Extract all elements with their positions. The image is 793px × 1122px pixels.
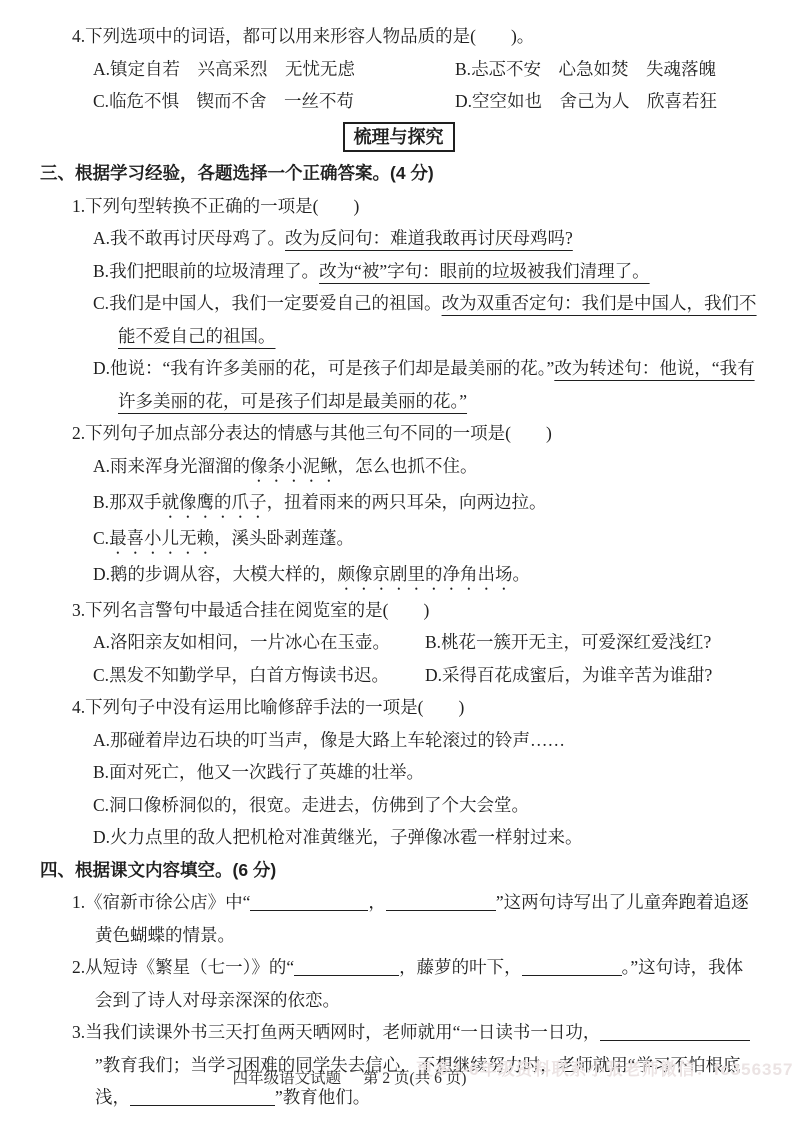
option-label: A.: [93, 730, 110, 750]
option: B.我们把眼前的垃圾清理了。改为“被”字句：眼前的垃圾被我们清理了。: [93, 255, 757, 288]
option-text: 那双手: [109, 492, 162, 512]
option: B.忐忑不安 心急如焚 失魂落魄: [455, 53, 757, 86]
footer-doc-title: 四年级语文试题: [233, 1070, 342, 1087]
question-stem: 1.下列句型转换不正确的一项是( ): [72, 190, 757, 223]
option-text: ，溪头卧剥莲蓬。: [214, 528, 354, 548]
option-text: 桃花一簇开无主，可爱深红爱浅红?: [441, 632, 711, 652]
option-label: A.: [93, 456, 110, 476]
option-text: 他说：“我有许多美丽的花，可是孩子们却是最美丽的花。”: [110, 358, 554, 378]
option-label: B.: [93, 492, 109, 512]
option-label: C.: [93, 293, 109, 313]
question-text: ，: [368, 892, 386, 912]
option-text: 火力点里的敌人把机枪对准黄继光，子弹像冰雹一样射过来。: [110, 827, 583, 847]
option-label: A.: [93, 632, 110, 652]
option: B.面对死亡，他又一次践行了英雄的壮举。: [93, 756, 757, 789]
option-label: D.: [425, 665, 442, 685]
question-text: 3.当我们读课外书三天打鱼两天晒网时，老师就用“一日读书一日功，: [72, 1022, 600, 1042]
option: A.我不敢再讨厌母鸡了。改为反问句：难道我敢再讨厌母鸡吗?: [93, 222, 757, 255]
option-emphasized-text: 像条小泥鳅: [250, 456, 338, 476]
option-text: 镇定自若 兴高采烈 无忧无虑: [110, 59, 355, 79]
option-label: C.: [93, 528, 109, 548]
option-label: B.: [425, 632, 441, 652]
option-underlined-text: 改为反问句：难道我敢再讨厌母鸡吗?: [285, 228, 573, 248]
section-divider: 梳理与探究: [40, 121, 757, 154]
option-row: A.镇定自若 兴高采烈 无忧无虑 B.忐忑不安 心急如焚 失魂落魄: [93, 53, 757, 86]
option-text: 采得百花成蜜后，为谁辛苦为谁甜?: [442, 665, 712, 685]
option-text: 雨来浑身光溜溜的: [110, 456, 250, 476]
option-text: 。: [513, 564, 531, 584]
option-label: A.: [93, 59, 110, 79]
option: A.雨来浑身光溜溜的像条小泥鳅，怎么也抓不住。: [93, 450, 757, 486]
option: B.桃花一簇开无主，可爱深红爱浅红?: [425, 626, 757, 659]
option: A.那碰着岸边石块的叮当声，像是大路上车轮滚过的铃声……: [93, 724, 757, 757]
option: C.我们是中国人，我们一定要爱自己的祖国。改为双重否定句：我们是中国人，我们不能…: [93, 287, 757, 352]
option: C.黑发不知勤学早，白首方悔读书迟。: [93, 659, 425, 692]
option-label: D.: [93, 358, 110, 378]
option-underlined-text: 改为“被”字句：眼前的垃圾被我们清理了。: [319, 261, 650, 281]
option-text: 我不敢再讨厌母鸡了。: [110, 228, 285, 248]
option: D.空空如也 舍己为人 欣喜若狂: [455, 85, 757, 118]
blank-line: [386, 893, 496, 912]
option-text: 洞口像桥洞似的，很宽。走进去，仿佛到了个大会堂。: [109, 795, 529, 815]
footer-page-number: 第 2 页(共 6 页): [363, 1070, 466, 1087]
option-label: B.: [93, 762, 109, 782]
question-text: 2.从短诗《繁星（七一）》的“: [72, 957, 294, 977]
option-emphasized-text: 颇像京剧里的净角出场: [338, 564, 513, 584]
blank-line: [522, 958, 622, 977]
option: C.临危不惧 锲而不舍 一丝不苟: [93, 85, 455, 118]
question-text: ，藤萝的叶下，: [399, 957, 522, 977]
option-row: C.黑发不知勤学早，白首方悔读书迟。 D.采得百花成蜜后，为谁辛苦为谁甜?: [93, 659, 757, 692]
option-text: ，怎么也抓不住。: [338, 456, 478, 476]
fill-in-question: 1.《宿新市徐公店》中“，”这两句诗写出了儿童奔跑着追逐黄色蝴蝶的情景。: [72, 886, 757, 951]
option-text: 临危不惧 锲而不舍 一丝不苟: [109, 91, 354, 111]
option-text: ，扭着雨来的两只耳朵，向两边拉。: [267, 492, 547, 512]
option-text: 空空如也 舍己为人 欣喜若狂: [472, 91, 717, 111]
option-text: 洛阳亲友如相问，一片冰心在玉壶。: [110, 632, 390, 652]
option-label: D.: [93, 827, 110, 847]
option-text: 我们是中国人，我们一定要爱自己的祖国。: [109, 293, 442, 313]
option-label: B.: [93, 261, 109, 281]
section-three-heading: 三、根据学习经验，各题选择一个正确答案。(4 分): [40, 157, 757, 190]
option: D.鹅的步调从容，大模大样的，颇像京剧里的净角出场。: [93, 558, 757, 594]
option-text: 鹅的步调从容，大模大样的，: [110, 564, 338, 584]
option: C.洞口像桥洞似的，很宽。走进去，仿佛到了个大会堂。: [93, 789, 757, 822]
option-label: C.: [93, 91, 109, 111]
option-label: D.: [455, 91, 472, 111]
page-footer: 四年级语文试题 第 2 页(共 6 页): [0, 1064, 746, 1094]
option: B.那双手就像鹰的爪子，扭着雨来的两只耳朵，向两边拉。: [93, 486, 757, 522]
option: C.最喜小儿无赖，溪头卧剥莲蓬。: [93, 522, 757, 558]
option-label: D.: [93, 564, 110, 584]
page-content: 4.下列选项中的词语，都可以用来形容人物品质的是( )。 A.镇定自若 兴高采烈…: [0, 0, 793, 1114]
section-four-heading: 四、根据课文内容填空。(6 分): [40, 854, 757, 887]
blank-line: [250, 893, 368, 912]
option-text: 黑发不知勤学早，白首方悔读书迟。: [109, 665, 389, 685]
question-stem: 4.下列句子中没有运用比喻修辞手法的一项是( ): [72, 691, 757, 724]
option: A.洛阳亲友如相问，一片冰心在玉壶。: [93, 626, 425, 659]
question-text: 1.《宿新市徐公店》中“: [72, 892, 250, 912]
option-emphasized-text: 就像鹰的爪子: [162, 492, 267, 512]
option-row: A.洛阳亲友如相问，一片冰心在玉壶。 B.桃花一簇开无主，可爱深红爱浅红?: [93, 626, 757, 659]
fill-in-question: 2.从短诗《繁星（七一）》的“，藤萝的叶下，。”这句诗，我体会到了诗人对母亲深深…: [72, 951, 757, 1016]
question-stem: 4.下列选项中的词语，都可以用来形容人物品质的是( )。: [72, 20, 757, 53]
option-text: 那碰着岸边石块的叮当声，像是大路上车轮滚过的铃声……: [110, 730, 565, 750]
section-divider-title: 梳理与探究: [343, 122, 455, 152]
question-stem: 2.下列句子加点部分表达的情感与其他三句不同的一项是( ): [72, 417, 757, 450]
option-label: C.: [93, 665, 109, 685]
option: D.采得百花成蜜后，为谁辛苦为谁甜?: [425, 659, 757, 692]
question-stem: 3.下列名言警句中最适合挂在阅览室的是( ): [72, 594, 757, 627]
test-paper-page: 4.下列选项中的词语，都可以用来形容人物品质的是( )。 A.镇定自若 兴高采烈…: [0, 0, 793, 1122]
option-label: B.: [455, 59, 471, 79]
option-text: 面对死亡，他又一次践行了英雄的壮举。: [109, 762, 424, 782]
option-emphasized-text: 最喜小儿无赖: [109, 528, 214, 548]
option: D.他说：“我有许多美丽的花，可是孩子们却是最美丽的花。”改为转述句：他说，“我…: [93, 352, 757, 417]
option-row: C.临危不惧 锲而不舍 一丝不苟 D.空空如也 舍己为人 欣喜若狂: [93, 85, 757, 118]
option-label: A.: [93, 228, 110, 248]
option-text: 我们把眼前的垃圾清理了。: [109, 261, 319, 281]
option-label: C.: [93, 795, 109, 815]
option: A.镇定自若 兴高采烈 无忧无虑: [93, 53, 455, 86]
blank-line: [294, 958, 399, 977]
blank-line: [600, 1023, 750, 1042]
option: D.火力点里的敌人把机枪对准黄继光，子弹像冰雹一样射过来。: [93, 821, 757, 854]
option-text: 忐忑不安 心急如焚 失魂落魄: [471, 59, 716, 79]
